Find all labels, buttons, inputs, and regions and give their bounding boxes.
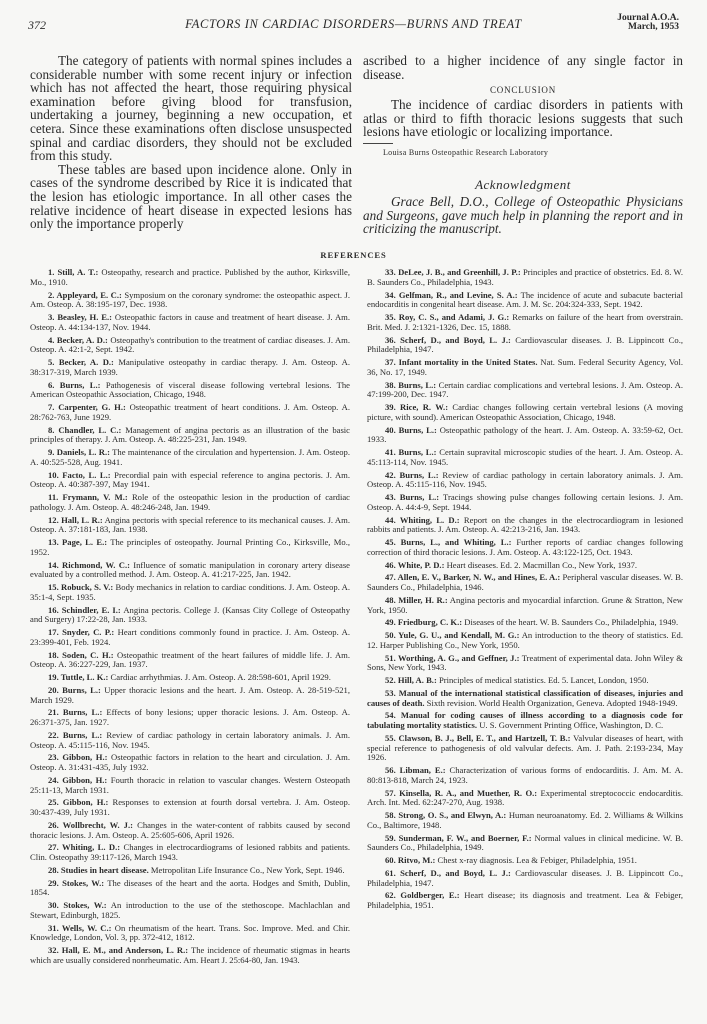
reference-author: 15. Robuck, S. V.: xyxy=(48,582,113,592)
reference-author: 46. White, P. D.: xyxy=(385,560,444,570)
reference-item: 38. Burns, L.: Certain cardiac complicat… xyxy=(367,381,683,400)
reference-item: 17. Snyder, C. P.: Heart conditions comm… xyxy=(30,628,350,647)
reference-item: 54. Manual for coding causes of illness … xyxy=(367,711,683,730)
reference-author: 17. Snyder, C. P.: xyxy=(48,627,114,637)
body-paragraph: These tables are based upon incidence al… xyxy=(30,163,352,231)
reference-author: 18. Soden, C. H.: xyxy=(48,650,114,660)
reference-item: 19. Tuttle, L. K.: Cardiac arrhythmias. … xyxy=(30,673,350,683)
body-paragraph: The category of patients with normal spi… xyxy=(30,54,352,163)
reference-item: 4. Becker, A. D.: Osteopathy's contribut… xyxy=(30,336,350,355)
reference-item: 33. DeLee, J. B., and Greenhill, J. P.: … xyxy=(367,268,683,287)
reference-author: 55. Clawson, B. J., Bell, E. T., and Har… xyxy=(385,733,571,743)
reference-item: 14. Richmond, W. C.: Influence of somati… xyxy=(30,561,350,580)
reference-item: 53. Manual of the international statisti… xyxy=(367,689,683,708)
reference-item: 12. Hall, L. R.: Angina pectoris with sp… xyxy=(30,516,350,535)
reference-item: 41. Burns, L.: Certain supravital micros… xyxy=(367,448,683,467)
reference-author: 26. Wollbrecht, W. J.: xyxy=(48,820,133,830)
reference-author: 14. Richmond, W. C.: xyxy=(48,560,130,570)
reference-item: 1. Still, A. T.: Osteopathy, research an… xyxy=(30,268,350,287)
reference-item: 32. Hall, E. M., and Anderson, L. R.: Th… xyxy=(30,946,350,965)
reference-author: 9. Daniels, L. R.: xyxy=(48,447,110,457)
reference-item: 34. Gelfman, R., and Levine, S. A.: The … xyxy=(367,291,683,310)
reference-author: 36. Scherf, D., and Boyd, L. J.: xyxy=(385,335,511,345)
reference-citation: Cardiac arrhythmias. J. Am. Osteop. A. 2… xyxy=(108,672,330,682)
reference-author: 33. DeLee, J. B., and Greenhill, J. P.: xyxy=(385,267,521,277)
reference-item: 23. Gibbon, H.: Osteopathic factors in r… xyxy=(30,753,350,772)
reference-item: 49. Friedburg, C. K.: Diseases of the he… xyxy=(367,618,683,628)
reference-item: 10. Facto, L. L.: Precordial pain with e… xyxy=(30,471,350,490)
reference-author: 43. Burns, L.: xyxy=(385,492,439,502)
reference-author: 59. Sunderman, F. W., and Boerner, F.: xyxy=(385,833,532,843)
reference-item: 61. Scherf, D., and Boyd, L. J.: Cardiov… xyxy=(367,869,683,888)
reference-item: 18. Soden, C. H.: Osteopathic treatment … xyxy=(30,651,350,670)
reference-author: 37. Infant mortality in the United State… xyxy=(385,357,538,367)
references-left-column: 1. Still, A. T.: Osteopathy, research an… xyxy=(30,268,350,969)
reference-item: 39. Rice, R. W.: Cardiac changes followi… xyxy=(367,403,683,422)
reference-item: 47. Allen, E. V., Barker, N. W., and Hin… xyxy=(367,573,683,592)
reference-author: 5. Becker, A. D.: xyxy=(48,357,114,367)
reference-item: 7. Carpenter, G. H.: Osteopathic treatme… xyxy=(30,403,350,422)
reference-author: 34. Gelfman, R., and Levine, S. A.: xyxy=(385,290,518,300)
reference-author: 27. Whiting, L. D.: xyxy=(48,842,120,852)
reference-item: 27. Whiting, L. D.: Changes in electroca… xyxy=(30,843,350,862)
reference-citation: Chest x-ray diagnosis. Lea & Febiger, Ph… xyxy=(435,855,637,865)
reference-item: 35. Roy, C. S., and Adami, J. G.: Remark… xyxy=(367,313,683,332)
reference-author: 4. Becker, A. D.: xyxy=(48,335,108,345)
reference-author: 19. Tuttle, L. K.: xyxy=(48,672,108,682)
reference-item: 31. Wells, W. C.: On rheumatism of the h… xyxy=(30,924,350,943)
reference-author: 2. Appleyard, E. C.: xyxy=(48,290,122,300)
reference-item: 37. Infant mortality in the United State… xyxy=(367,358,683,377)
acknowledgment-text: Grace Bell, D.O., College of Osteopathic… xyxy=(363,195,683,236)
reference-item: 20. Burns, L.: Upper thoracic lesions an… xyxy=(30,686,350,705)
reference-author: 49. Friedburg, C. K.: xyxy=(385,617,462,627)
references-right-column: 33. DeLee, J. B., and Greenhill, J. P.: … xyxy=(367,268,683,914)
reference-citation: Principles of medical statistics. Ed. 5.… xyxy=(437,675,649,685)
reference-author: 40. Burns, L.: xyxy=(385,425,437,435)
reference-item: 43. Burns, L.: Tracings showing pulse ch… xyxy=(367,493,683,512)
reference-author: 13. Page, L. E.: xyxy=(48,537,107,547)
reference-author: 45. Burns, L., and Whiting, L.: xyxy=(385,537,511,547)
reference-item: 44. Whiting, L. D.: Report on the change… xyxy=(367,516,683,535)
reference-author: 44. Whiting, L. D.: xyxy=(385,515,460,525)
reference-item: 13. Page, L. E.: The principles of osteo… xyxy=(30,538,350,557)
reference-author: 50. Yule, G. U., and Kendall, M. G.: xyxy=(385,630,519,640)
reference-item: 25. Gibbon, H.: Responses to extension a… xyxy=(30,798,350,817)
reference-author: 51. Worthing, A. G., and Geffner, J.: xyxy=(385,653,519,663)
reference-author: 58. Strong, O. S., and Elwyn, A.: xyxy=(385,810,506,820)
reference-author: 23. Gibbon, H.: xyxy=(48,752,107,762)
reference-author: 16. Schindler, E. I.: xyxy=(48,605,121,615)
reference-author: 1. Still, A. T.: xyxy=(48,267,98,277)
reference-author: 24. Gibbon, H.: xyxy=(48,775,107,785)
reference-item: 21. Burns, L.: Effects of bony lesions; … xyxy=(30,708,350,727)
reference-item: 42. Burns, L.: Review of cardiac patholo… xyxy=(367,471,683,490)
reference-author: 12. Hall, L. R.: xyxy=(48,515,103,525)
body-continuation: ascribed to a higher incidence of any si… xyxy=(363,54,683,81)
reference-citation: Heart diseases. Ed. 2. Macmillan Co., Ne… xyxy=(444,560,637,570)
reference-item: 62. Goldberger, E.: Heart disease; its d… xyxy=(367,891,683,910)
reference-item: 6. Burns, L.: Pathogenesis of visceral d… xyxy=(30,381,350,400)
reference-item: 29. Stokes, W.: The diseases of the hear… xyxy=(30,879,350,898)
reference-author: 21. Burns, L.: xyxy=(48,707,102,717)
reference-author: 42. Burns, L.: xyxy=(385,470,439,480)
reference-item: 46. White, P. D.: Heart diseases. Ed. 2.… xyxy=(367,561,683,571)
reference-item: 3. Beasley, H. E.: Osteopathic factors i… xyxy=(30,313,350,332)
reference-item: 8. Chandler, L. C.: Management of angina… xyxy=(30,426,350,445)
reference-author: 35. Roy, C. S., and Adami, J. G.: xyxy=(385,312,509,322)
reference-item: 48. Miller, H. R.: Angina pectoris and m… xyxy=(367,596,683,615)
reference-author: 62. Goldberger, E.: xyxy=(385,890,460,900)
divider xyxy=(363,143,393,144)
reference-item: 58. Strong, O. S., and Elwyn, A.: Human … xyxy=(367,811,683,830)
reference-item: 59. Sunderman, F. W., and Boerner, F.: N… xyxy=(367,834,683,853)
reference-author: 38. Burns, L.: xyxy=(385,380,436,390)
reference-item: 28. Studies in heart disease. Metropolit… xyxy=(30,866,350,876)
references-heading: REFERENCES xyxy=(0,250,707,260)
reference-item: 2. Appleyard, E. C.: Symposium on the co… xyxy=(30,291,350,310)
reference-item: 16. Schindler, E. I.: Angina pectoris. C… xyxy=(30,606,350,625)
reference-author: 29. Stokes, W.: xyxy=(48,878,104,888)
reference-author: 32. Hall, E. M., and Anderson, L. R.: xyxy=(48,945,188,955)
running-title: FACTORS IN CARDIAC DISORDERS—BURNS AND T… xyxy=(28,17,679,32)
reference-item: 51. Worthing, A. G., and Geffner, J.: Tr… xyxy=(367,654,683,673)
reference-item: 9. Daniels, L. R.: The maintenance of th… xyxy=(30,448,350,467)
running-head: 372 FACTORS IN CARDIAC DISORDERS—BURNS A… xyxy=(28,12,679,42)
reference-item: 26. Wollbrecht, W. J.: Changes in the wa… xyxy=(30,821,350,840)
reference-author: 3. Beasley, H. E.: xyxy=(48,312,112,322)
reference-author: 48. Miller, H. R.: xyxy=(385,595,448,605)
reference-item: 60. Ritvo, M.: Chest x-ray diagnosis. Le… xyxy=(367,856,683,866)
reference-citation: Sixth revision. World Health Organizatio… xyxy=(425,698,678,708)
reference-item: 57. Kinsella, R. A., and Muether, R. O.:… xyxy=(367,789,683,808)
body-right-column: ascribed to a higher incidence of any si… xyxy=(363,54,683,236)
reference-item: 24. Gibbon, H.: Fourth thoracic in relat… xyxy=(30,776,350,795)
journal-date: March, 1953 xyxy=(617,23,679,32)
conclusion-heading: CONCLUSION xyxy=(363,85,683,95)
reference-author: 30. Stokes, W.: xyxy=(48,900,107,910)
reference-item: 15. Robuck, S. V.: Body mechanics in rel… xyxy=(30,583,350,602)
journal-page: 372 FACTORS IN CARDIAC DISORDERS—BURNS A… xyxy=(0,0,707,1024)
reference-item: 45. Burns, L., and Whiting, L.: Further … xyxy=(367,538,683,557)
reference-author: 8. Chandler, L. C.: xyxy=(48,425,121,435)
reference-item: 40. Burns, L.: Osteopathic pathology of … xyxy=(367,426,683,445)
reference-author: 22. Burns, L.: xyxy=(48,730,102,740)
reference-author: 6. Burns, L.: xyxy=(48,380,100,390)
reference-item: 11. Frymann, V. M.: Role of the osteopat… xyxy=(30,493,350,512)
reference-citation: Diseases of the heart. W. B. Saunders Co… xyxy=(462,617,678,627)
reference-author: 11. Frymann, V. M.: xyxy=(48,492,128,502)
reference-citation: Metropolitan Life Insurance Co., New Yor… xyxy=(149,865,345,875)
reference-item: 52. Hill, A. B.: Principles of medical s… xyxy=(367,676,683,686)
acknowledgment-heading: Acknowledgment xyxy=(363,177,683,193)
reference-author: 57. Kinsella, R. A., and Muether, R. O.: xyxy=(385,788,537,798)
reference-author: 39. Rice, R. W.: xyxy=(385,402,448,412)
reference-author: 56. Libman, E.: xyxy=(385,765,446,775)
reference-item: 30. Stokes, W.: An introduction to the u… xyxy=(30,901,350,920)
laboratory-affiliation: Louisa Burns Osteopathic Research Labora… xyxy=(383,148,683,157)
reference-item: 5. Becker, A. D.: Manipulative osteopath… xyxy=(30,358,350,377)
reference-author: 7. Carpenter, G. H.: xyxy=(48,402,126,412)
reference-item: 50. Yule, G. U., and Kendall, M. G.: An … xyxy=(367,631,683,650)
reference-author: 60. Ritvo, M.: xyxy=(385,855,435,865)
reference-author: 28. Studies in heart disease. xyxy=(48,865,149,875)
reference-item: 55. Clawson, B. J., Bell, E. T., and Har… xyxy=(367,734,683,763)
reference-author: 20. Burns, L.: xyxy=(48,685,101,695)
reference-author: 25. Gibbon, H.: xyxy=(48,797,108,807)
reference-citation: U. S. Government Printing Office, Washin… xyxy=(477,720,663,730)
reference-author: 31. Wells, W. C.: xyxy=(48,923,112,933)
reference-author: 10. Facto, L. L.: xyxy=(48,470,111,480)
reference-item: 36. Scherf, D., and Boyd, L. J.: Cardiov… xyxy=(367,336,683,355)
reference-author: 61. Scherf, D., and Boyd, L. J.: xyxy=(385,868,511,878)
reference-item: 22. Burns, L.: Review of cardiac patholo… xyxy=(30,731,350,750)
reference-author: 47. Allen, E. V., Barker, N. W., and Hin… xyxy=(385,572,560,582)
journal-info: Journal A.O.A. March, 1953 xyxy=(617,14,679,32)
conclusion-text: The incidence of cardiac disorders in pa… xyxy=(363,98,683,139)
reference-author: 41. Burns, L.: xyxy=(385,447,437,457)
body-left-column: The category of patients with normal spi… xyxy=(30,54,352,231)
reference-item: 56. Libman, E.: Characterization of vari… xyxy=(367,766,683,785)
reference-author: 52. Hill, A. B.: xyxy=(385,675,437,685)
